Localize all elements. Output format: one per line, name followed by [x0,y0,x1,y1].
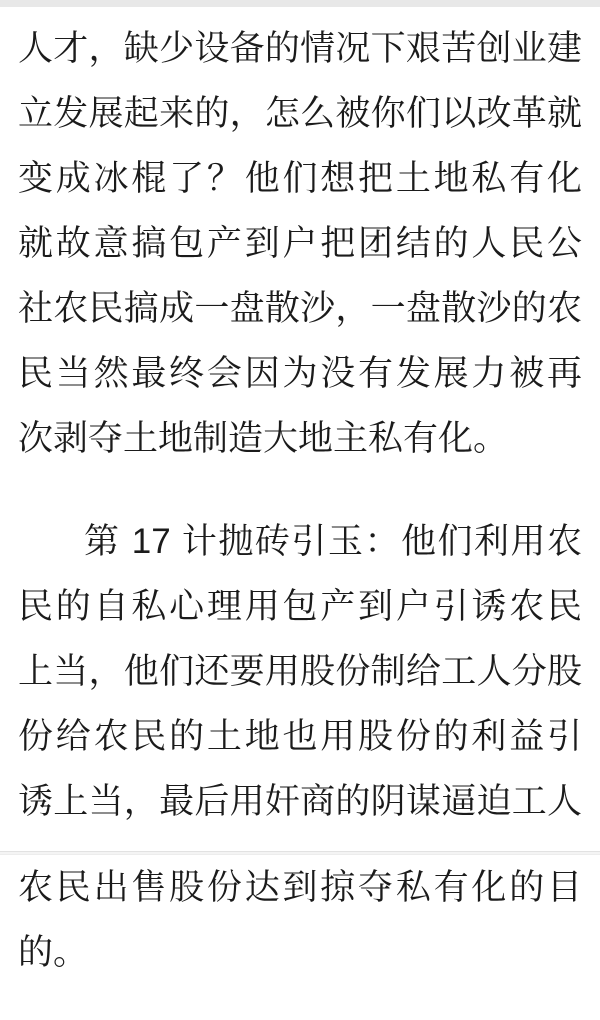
page-gap-top [0,0,600,7]
text-line: 变成冰棍了？他们想把土地私有化 [18,146,582,211]
text-line: 份给农民的土地也用股份的利益引 [18,704,582,769]
text-line: 民当然最终会因为没有发展力被再 [18,341,582,406]
text-line: 次剥夺土地制造大地主私有化。 [18,406,582,471]
paragraph-strategy-17-continued: 农民出售股份达到掠夺私有化的目 的。 [18,855,582,985]
text-line: 民的自私心理用包产到户引诱农民 [18,574,582,639]
paragraph-strategy-17: 第 17 计抛砖引玉：他们利用农 民的自私心理用包产到户引诱农民 上当，他们还要… [18,509,582,834]
text-line: 人才，缺少设备的情况下艰苦创业建 [18,16,582,81]
text-line: 农民出售股份达到掠夺私有化的目 [18,855,582,920]
document-content: 人才，缺少设备的情况下艰苦创业建 立发展起来的，怎么被你们以改革就 变成冰棍了？… [0,16,600,834]
text-line-indented: 第 17 计抛砖引玉：他们利用农 [18,509,582,574]
document-content-next-page: 农民出售股份达到掠夺私有化的目 的。 [0,855,600,985]
text-line: 立发展起来的，怎么被你们以改革就 [18,81,582,146]
paragraph-continuation: 人才，缺少设备的情况下艰苦创业建 立发展起来的，怎么被你们以改革就 变成冰棍了？… [18,16,582,471]
text-line: 上当，他们还要用股份制给工人分股 [18,639,582,704]
text-line: 的。 [18,920,582,985]
text-line: 诱上当，最后用奸商的阴谋逼迫工人 [18,769,582,834]
text-line: 就故意搞包产到户把团结的人民公 [18,211,582,276]
document-reader-page: 人才，缺少设备的情况下艰苦创业建 立发展起来的，怎么被你们以改革就 变成冰棍了？… [0,0,600,1020]
text-line: 社农民搞成一盘散沙，一盘散沙的农 [18,276,582,341]
